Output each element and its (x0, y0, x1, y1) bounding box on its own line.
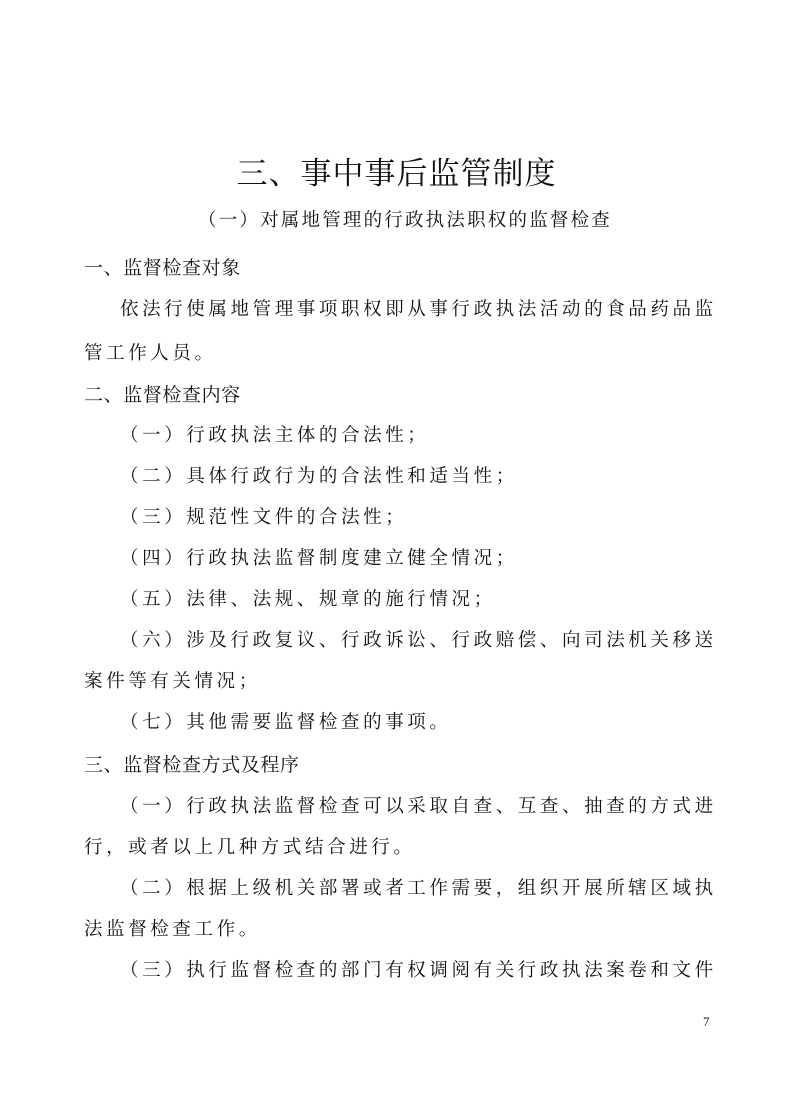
paragraph-line: 依法行使属地管理事项职权即从事行政执法活动的食品药品监 (120, 295, 717, 321)
paragraph-line: 法监督检查工作。 (84, 915, 261, 941)
section-heading-3: 三、监督检查方式及程序 (84, 750, 300, 777)
page-number: 7 (703, 1014, 710, 1030)
paragraph-line: （一）行政执法监督检查可以采取自查、互查、抽查的方式进 (120, 792, 717, 818)
paragraph-line: 行，或者以上几种方式结合进行。 (84, 833, 416, 859)
paragraph-line: 管工作人员。 (84, 339, 217, 365)
list-item: （六）涉及行政复议、行政诉讼、行政赔偿、向司法机关移送 (120, 626, 717, 652)
section-heading-2: 二、监督检查内容 (84, 380, 241, 407)
paragraph-line: （二）根据上级机关部署或者工作需要，组织开展所辖区域执 (120, 874, 717, 900)
list-item: （一）行政执法主体的合法性； (120, 421, 429, 447)
section-heading-1: 一、监督检查对象 (84, 253, 241, 280)
document-page: 三、事中事后监管制度 （一）对属地管理的行政执法职权的监督检查 一、监督检查对象… (0, 0, 793, 1096)
paragraph-line: （三）执行监督检查的部门有权调阅有关行政执法案卷和文件 (120, 956, 717, 982)
list-item: （三）规范性文件的合法性； (120, 503, 407, 529)
list-item: （七）其他需要监督检查的事项。 (120, 708, 452, 734)
page-title: 三、事中事后监管制度 (0, 148, 793, 193)
list-item-continuation: 案件等有关情况； (84, 667, 261, 693)
list-item: （五）法律、法规、规章的施行情况； (120, 585, 496, 611)
page-subtitle: （一）对属地管理的行政执法职权的监督检查 (198, 206, 612, 232)
list-item: （四）行政执法监督制度建立健全情况； (120, 544, 518, 570)
list-item: （二）具体行政行为的合法性和适当性； (120, 462, 518, 488)
